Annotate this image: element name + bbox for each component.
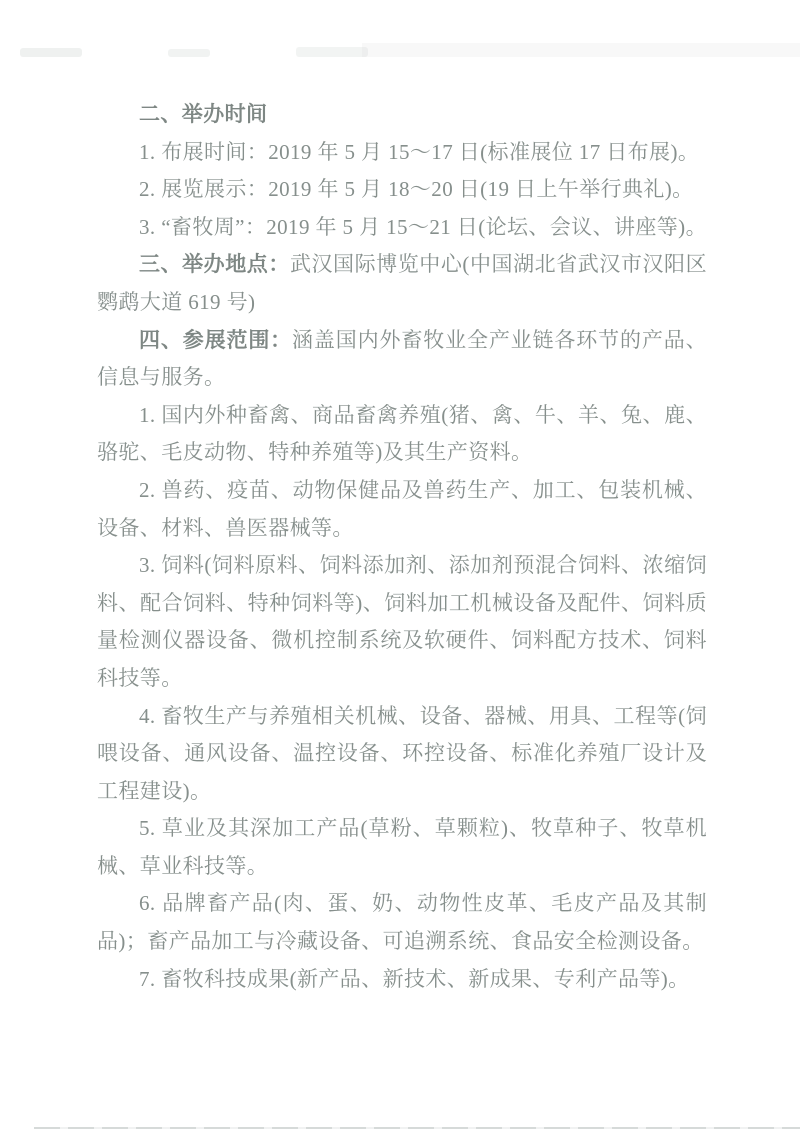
paragraph-text: 5. 草业及其深加工产品(草粉、草颗粒)、牧草种子、牧草机械、草业科技等。 [97, 816, 707, 878]
section-heading-location: 三、举办地点：武汉国际博览中心(中国湖北省武汉市汉阳区鹦鹉大道 619 号) [97, 246, 707, 321]
scan-artifact [362, 43, 800, 57]
paragraph-text: 6. 品牌畜产品(肉、蛋、奶、动物性皮革、毛皮产品及其制品)；畜产品加工与冷藏设… [97, 891, 707, 953]
paragraph: 1. 布展时间：2019 年 5 月 15～17 日(标准展位 17 日布展)。 [97, 134, 707, 172]
section-label: 三、举办地点： [139, 252, 290, 276]
section-label: 四、参展范围： [139, 328, 292, 352]
section-heading-time: 二、举办时间 [97, 96, 707, 134]
document-page: 二、举办时间 1. 布展时间：2019 年 5 月 15～17 日(标准展位 1… [0, 0, 800, 1131]
paragraph: 3. 饲料(饲料原料、饲料添加剂、添加剂预混合饲料、浓缩饲料、配合饲料、特种饲料… [97, 547, 707, 697]
scan-artifact [168, 49, 210, 57]
paragraph-text: 4. 畜牧生产与养殖相关机械、设备、器械、用具、工程等(饲喂设备、通风设备、温控… [97, 704, 707, 803]
scan-artifact [20, 48, 82, 57]
document-body: 二、举办时间 1. 布展时间：2019 年 5 月 15～17 日(标准展位 1… [97, 96, 707, 998]
paragraph: 1. 国内外种畜禽、商品畜禽养殖(猪、禽、牛、羊、兔、鹿、骆驼、毛皮动物、特种养… [97, 397, 707, 472]
paragraph-text: 2. 兽药、疫苗、动物保健品及兽药生产、加工、包装机械、设备、材料、兽医器械等。 [97, 478, 707, 540]
paragraph: 2. 兽药、疫苗、动物保健品及兽药生产、加工、包装机械、设备、材料、兽医器械等。 [97, 472, 707, 547]
paragraph: 4. 畜牧生产与养殖相关机械、设备、器械、用具、工程等(饲喂设备、通风设备、温控… [97, 698, 707, 811]
scan-bottom-edge [34, 1127, 800, 1129]
scan-artifact [296, 47, 368, 57]
paragraph: 3. “畜牧周”：2019 年 5 月 15～21 日(论坛、会议、讲座等)。 [97, 209, 707, 247]
paragraph-text: 7. 畜牧科技成果(新产品、新技术、新成果、专利产品等)。 [139, 967, 690, 991]
paragraph: 5. 草业及其深加工产品(草粉、草颗粒)、牧草种子、牧草机械、草业科技等。 [97, 810, 707, 885]
paragraph-text: 3. “畜牧周”：2019 年 5 月 15～21 日(论坛、会议、讲座等)。 [139, 215, 707, 239]
section-label: 二、举办时间 [139, 102, 267, 126]
paragraph-text: 3. 饲料(饲料原料、饲料添加剂、添加剂预混合饲料、浓缩饲料、配合饲料、特种饲料… [97, 553, 707, 690]
paragraph-text: 1. 布展时间：2019 年 5 月 15～17 日(标准展位 17 日布展)。 [139, 140, 699, 164]
paragraph: 6. 品牌畜产品(肉、蛋、奶、动物性皮革、毛皮产品及其制品)；畜产品加工与冷藏设… [97, 885, 707, 960]
paragraph: 7. 畜牧科技成果(新产品、新技术、新成果、专利产品等)。 [97, 961, 707, 999]
paragraph-text: 2. 展览展示：2019 年 5 月 18～20 日(19 日上午举行典礼)。 [139, 177, 694, 201]
paragraph: 2. 展览展示：2019 年 5 月 18～20 日(19 日上午举行典礼)。 [97, 171, 707, 209]
section-heading-scope: 四、参展范围：涵盖国内外畜牧业全产业链各环节的产品、信息与服务。 [97, 322, 707, 397]
paragraph-text: 1. 国内外种畜禽、商品畜禽养殖(猪、禽、牛、羊、兔、鹿、骆驼、毛皮动物、特种养… [97, 403, 707, 465]
